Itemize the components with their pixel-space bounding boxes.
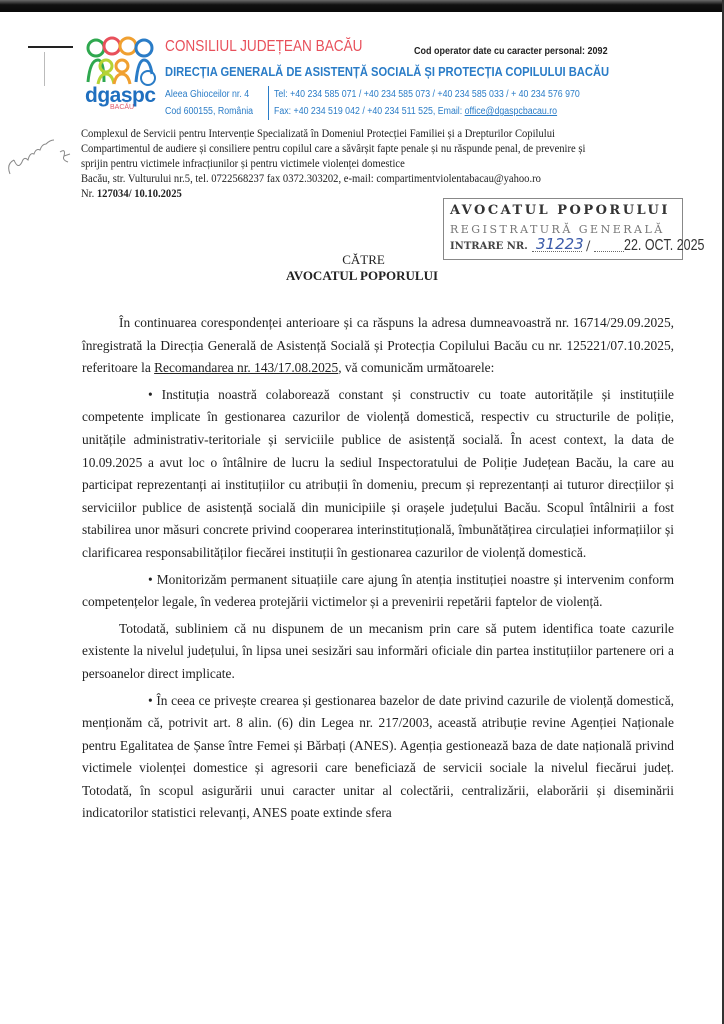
stamp-entry-number: 31223 <box>536 235 584 253</box>
stamp-line-1: AVOCATUL POPORULUI <box>450 203 670 218</box>
margin-mark <box>28 46 73 48</box>
fax-email-line: Fax: +40 234 519 042 / +40 234 511 525, … <box>274 106 557 117</box>
letter-body: În continuarea corespondenței anterioare… <box>82 312 674 825</box>
fax-numbers: Fax: +40 234 519 042 / +40 234 511 525, … <box>274 106 465 117</box>
header-divider <box>268 86 269 120</box>
operator-code: Cod operator date cu caracter personal: … <box>414 46 608 57</box>
recipient-label: CĂTRE <box>0 252 724 268</box>
phone-numbers: Tel: +40 234 585 071 / +40 234 585 073 /… <box>274 89 580 100</box>
org-title: CONSILIUL JUDEȚEAN BACĂU <box>165 38 362 56</box>
address-line-2: Cod 600155, România <box>165 106 253 117</box>
service-department-line-2: sprijin pentru victimele infracțiunilor … <box>81 157 670 172</box>
bullet-collaboration: • Instituția noastră colaborează constan… <box>82 384 674 565</box>
bullet-database: • În ceea ce privește crearea și gestion… <box>82 690 674 826</box>
email-link[interactable]: office@dgaspcbacau.ro <box>465 106 557 117</box>
intro-paragraph: În continuarea corespondenței anterioare… <box>82 312 674 380</box>
margin-mark-vertical <box>44 52 45 86</box>
recommendation-reference: Recomandarea nr. 143/17.08.2025 <box>154 360 338 375</box>
handwritten-signature <box>6 130 76 180</box>
registry-stamp: AVOCATUL POPORULUI REGISTRATURĂ GENERALĂ… <box>443 198 683 260</box>
logo-subtitle: BACĂU <box>110 104 134 111</box>
scan-top-edge <box>0 0 724 12</box>
service-complex-name: Complexul de Servicii pentru Intervenție… <box>81 127 670 142</box>
address-line-1: Aleea Ghioceilor nr. 4 <box>165 89 249 100</box>
stamp-line-3: INTRARE NR. <box>450 241 528 252</box>
service-department-line-1: Compartimentul de audiere și consiliere … <box>81 142 670 157</box>
recipient-name: AVOCATUL POPORULUI <box>0 268 724 284</box>
paragraph-mechanism: Totodată, subliniem că nu dispunem de un… <box>82 618 674 686</box>
bullet-monitoring: • Monitorizăm permanent situațiile care … <box>82 569 674 614</box>
service-details: Complexul de Servicii pentru Intervenție… <box>81 127 721 202</box>
service-contact: Bacău, str. Vulturului nr.5, tel. 072256… <box>81 172 670 187</box>
department-title: DIRECȚIA GENERALĂ DE ASISTENȚĂ SOCIALĂ Ș… <box>165 64 609 79</box>
